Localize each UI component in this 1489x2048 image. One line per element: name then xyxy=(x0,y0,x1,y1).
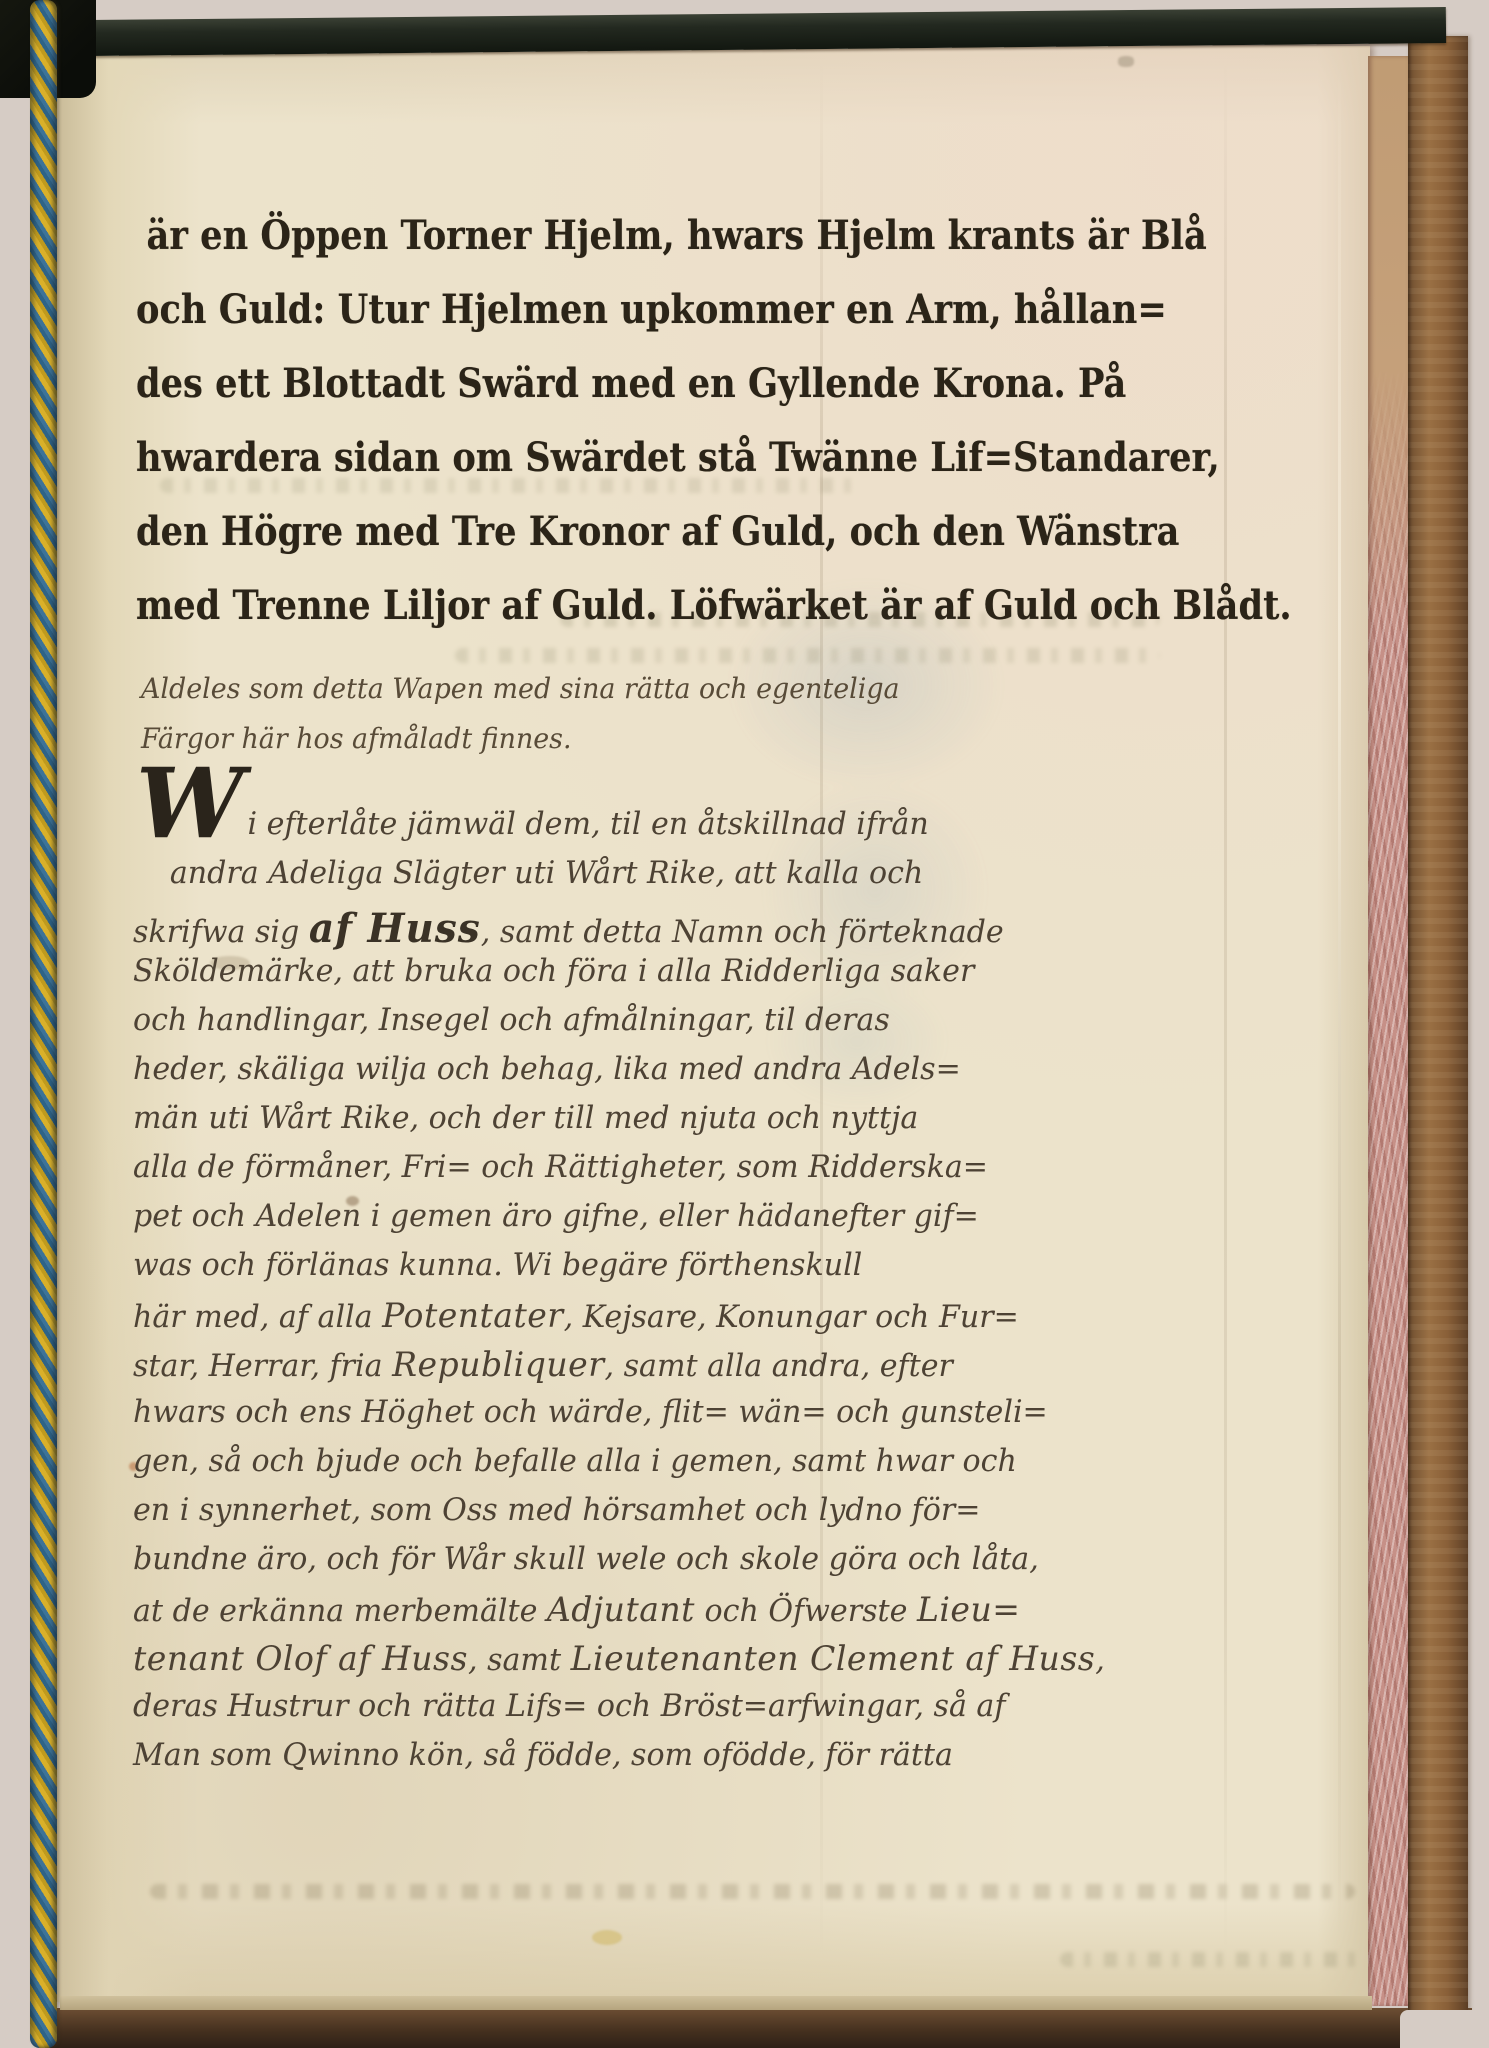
manuscript-line: män uti Wårt Rike, och der till med njut… xyxy=(133,1100,1105,1149)
bleedthrough-text xyxy=(150,1884,1355,1899)
kurrent-script-segment: , samt alla andra, efter xyxy=(604,1348,952,1384)
kurrent-script-segment: , samt xyxy=(468,1642,571,1678)
manuscript-line: med Trenne Liljor af Guld. Löfwärket är … xyxy=(136,582,1292,656)
book-cover-bottom-edge xyxy=(40,2008,1472,2048)
kurrent-script-segment: des ett Blottadt Swärd med en Gyllende K… xyxy=(136,360,1126,407)
manuscript-line: gen, så och bjude och befalle alla i gem… xyxy=(133,1443,1105,1492)
kurrent-script-segment: deras Hustrur och rätta Lifs= och Bröst=… xyxy=(133,1688,1005,1724)
latin-script-segment: Lieu= xyxy=(917,1590,1021,1630)
kurrent-script-segment: i efterlåte jämwäl dem, til en åtskillna… xyxy=(247,806,928,842)
body-text: i efterlåte jämwäl dem, til en åtskillna… xyxy=(133,806,1135,1786)
latin-script-segment: af Huss xyxy=(309,904,481,952)
manuscript-line: andra Adeliga Slägter uti Wårt Rike, att… xyxy=(133,855,1105,904)
bleedthrough-text xyxy=(1060,1952,1360,1967)
manuscript-line: Man som Qwinno kön, så födde, som ofödde… xyxy=(133,1737,1105,1786)
leather-cover-edge xyxy=(1408,36,1468,2028)
kurrent-script-segment: män uti Wårt Rike, och der till med njut… xyxy=(133,1100,918,1136)
manuscript-line: och handlingar, Insegel och afmålningar,… xyxy=(133,1002,1105,1051)
latin-script-segment: Republiquer xyxy=(392,1345,604,1385)
latin-script-segment: Adjutant xyxy=(547,1590,695,1630)
kurrent-script-segment: was och förlänas kunna. Wi begäre förthe… xyxy=(133,1247,862,1283)
manuscript-line: är en Öppen Torner Hjelm, hwars Hjelm kr… xyxy=(136,212,1292,286)
kurrent-script-segment: Aldeles som detta Wapen med sina rätta o… xyxy=(141,672,900,705)
manuscript-line: och Guld: Utur Hjelmen upkommer en Arm, … xyxy=(136,286,1292,360)
manuscript-line: hwardera sidan om Swärdet stå Twänne Lif… xyxy=(136,434,1292,508)
kurrent-script-segment: här med, af alla xyxy=(133,1299,382,1335)
kurrent-script-segment: pet och Adelen i gemen äro gifne, eller … xyxy=(133,1198,979,1234)
kurrent-script-segment: Man som Qwinno kön, så födde, som ofödde… xyxy=(133,1737,953,1773)
pencil-smudge xyxy=(1118,56,1134,67)
manuscript-line: en i synnerhet, som Oss med hörsamhet oc… xyxy=(133,1492,1105,1541)
kurrent-script-segment: Sköldemärke, att bruka och föra i alla R… xyxy=(133,953,974,989)
manuscript-line: Sköldemärke, att bruka och föra i alla R… xyxy=(133,953,1105,1002)
kurrent-script-segment: star, Herrar, fria xyxy=(133,1348,392,1384)
manuscript-line: at de erkänna merbemälte Adjutant och Öf… xyxy=(133,1590,1105,1639)
marginal-note-text: Aldeles som detta Wapen med sina rätta o… xyxy=(141,672,931,772)
kurrent-script-segment: gen, så och bjude och befalle alla i gem… xyxy=(133,1443,1017,1479)
kurrent-script-segment: hwars och ens Höghet och wärde, flit= wä… xyxy=(133,1394,1048,1430)
bookmark-cord xyxy=(30,0,57,2048)
kurrent-script-segment: är en Öppen Torner Hjelm, hwars Hjelm kr… xyxy=(147,212,1207,259)
manuscript-line: pet och Adelen i gemen äro gifne, eller … xyxy=(133,1198,1105,1247)
kurrent-script-segment: alla de förmåner, Fri= och Rättigheter, … xyxy=(133,1149,988,1185)
kurrent-script-segment: och handlingar, Insegel och afmålningar,… xyxy=(133,1002,890,1038)
kurrent-script-segment: den Högre med Tre Kronor af Guld, och de… xyxy=(136,508,1179,555)
manuscript-line: heder, skäliga wilja och behag, lika med… xyxy=(133,1051,1105,1100)
kurrent-script-segment: , xyxy=(1095,1642,1105,1678)
manuscript-line: star, Herrar, fria Republiquer, samt all… xyxy=(133,1345,1105,1394)
paper-stain xyxy=(592,1930,622,1945)
manuscript-line: i efterlåte jämwäl dem, til en åtskillna… xyxy=(133,806,1105,855)
manuscript-line: deras Hustrur och rätta Lifs= och Bröst=… xyxy=(133,1688,1105,1737)
manuscript-line: Färgor här hos afmåladt finnes. xyxy=(141,722,900,772)
kurrent-script-segment: en i synnerhet, som Oss med hörsamhet oc… xyxy=(133,1492,980,1528)
manuscript-line: den Högre med Tre Kronor af Guld, och de… xyxy=(136,508,1292,582)
kurrent-script-segment: at de erkänna merbemälte xyxy=(133,1593,547,1629)
drop-cap-initial: W xyxy=(136,756,244,852)
manuscript-line: här med, af alla Potentater, Kejsare, Ko… xyxy=(133,1296,1105,1345)
manuscript-line: des ett Blottadt Swärd med en Gyllende K… xyxy=(136,360,1292,434)
kurrent-script-segment: andra Adeliga Slägter uti Wårt Rike, att… xyxy=(170,855,923,891)
manuscript-line: bundne äro, och för Wår skull wele och s… xyxy=(133,1541,1105,1590)
kurrent-script-segment: och Öfwerste xyxy=(695,1593,917,1629)
blazon-heading-text: är en Öppen Torner Hjelm, hwars Hjelm kr… xyxy=(136,212,1449,656)
kurrent-script-segment: skrifwa sig xyxy=(133,914,309,950)
scan-background-corner xyxy=(1400,2010,1489,2048)
manuscript-line: tenant Olof af Huss, samt Lieutenanten C… xyxy=(133,1639,1105,1688)
latin-script-segment: Lieutenanten Clement af Huss xyxy=(571,1639,1096,1679)
kurrent-script-segment: heder, skäliga wilja och behag, lika med… xyxy=(133,1051,961,1087)
manuscript-line: alla de förmåner, Fri= och Rättigheter, … xyxy=(133,1149,1105,1198)
manuscript-line: was och förlänas kunna. Wi begäre förthe… xyxy=(133,1247,1105,1296)
manuscript-line: skrifwa sig af Huss, samt detta Namn och… xyxy=(133,904,1105,953)
latin-script-segment: Potentater xyxy=(382,1296,563,1336)
latin-script-segment: tenant Olof af Huss xyxy=(133,1639,468,1679)
kurrent-script-segment: , Kejsare, Konungar och Fur= xyxy=(564,1299,1019,1335)
kurrent-script-segment: med Trenne Liljor af Guld. Löfwärket är … xyxy=(136,582,1292,629)
manuscript-line: Aldeles som detta Wapen med sina rätta o… xyxy=(141,672,900,722)
kurrent-script-segment: bundne äro, och för Wår skull wele och s… xyxy=(133,1541,1039,1577)
kurrent-script-segment: hwardera sidan om Swärdet stå Twänne Lif… xyxy=(136,434,1220,481)
page-bottom-edge xyxy=(60,1996,1372,2010)
kurrent-script-segment: och Guld: Utur Hjelmen upkommer en Arm, … xyxy=(136,286,1167,333)
kurrent-script-segment: , samt detta Namn och förteknade xyxy=(481,914,1004,950)
manuscript-line: hwars och ens Höghet och wärde, flit= wä… xyxy=(133,1394,1105,1443)
scanned-book-page: är en Öppen Torner Hjelm, hwars Hjelm kr… xyxy=(0,0,1489,2048)
